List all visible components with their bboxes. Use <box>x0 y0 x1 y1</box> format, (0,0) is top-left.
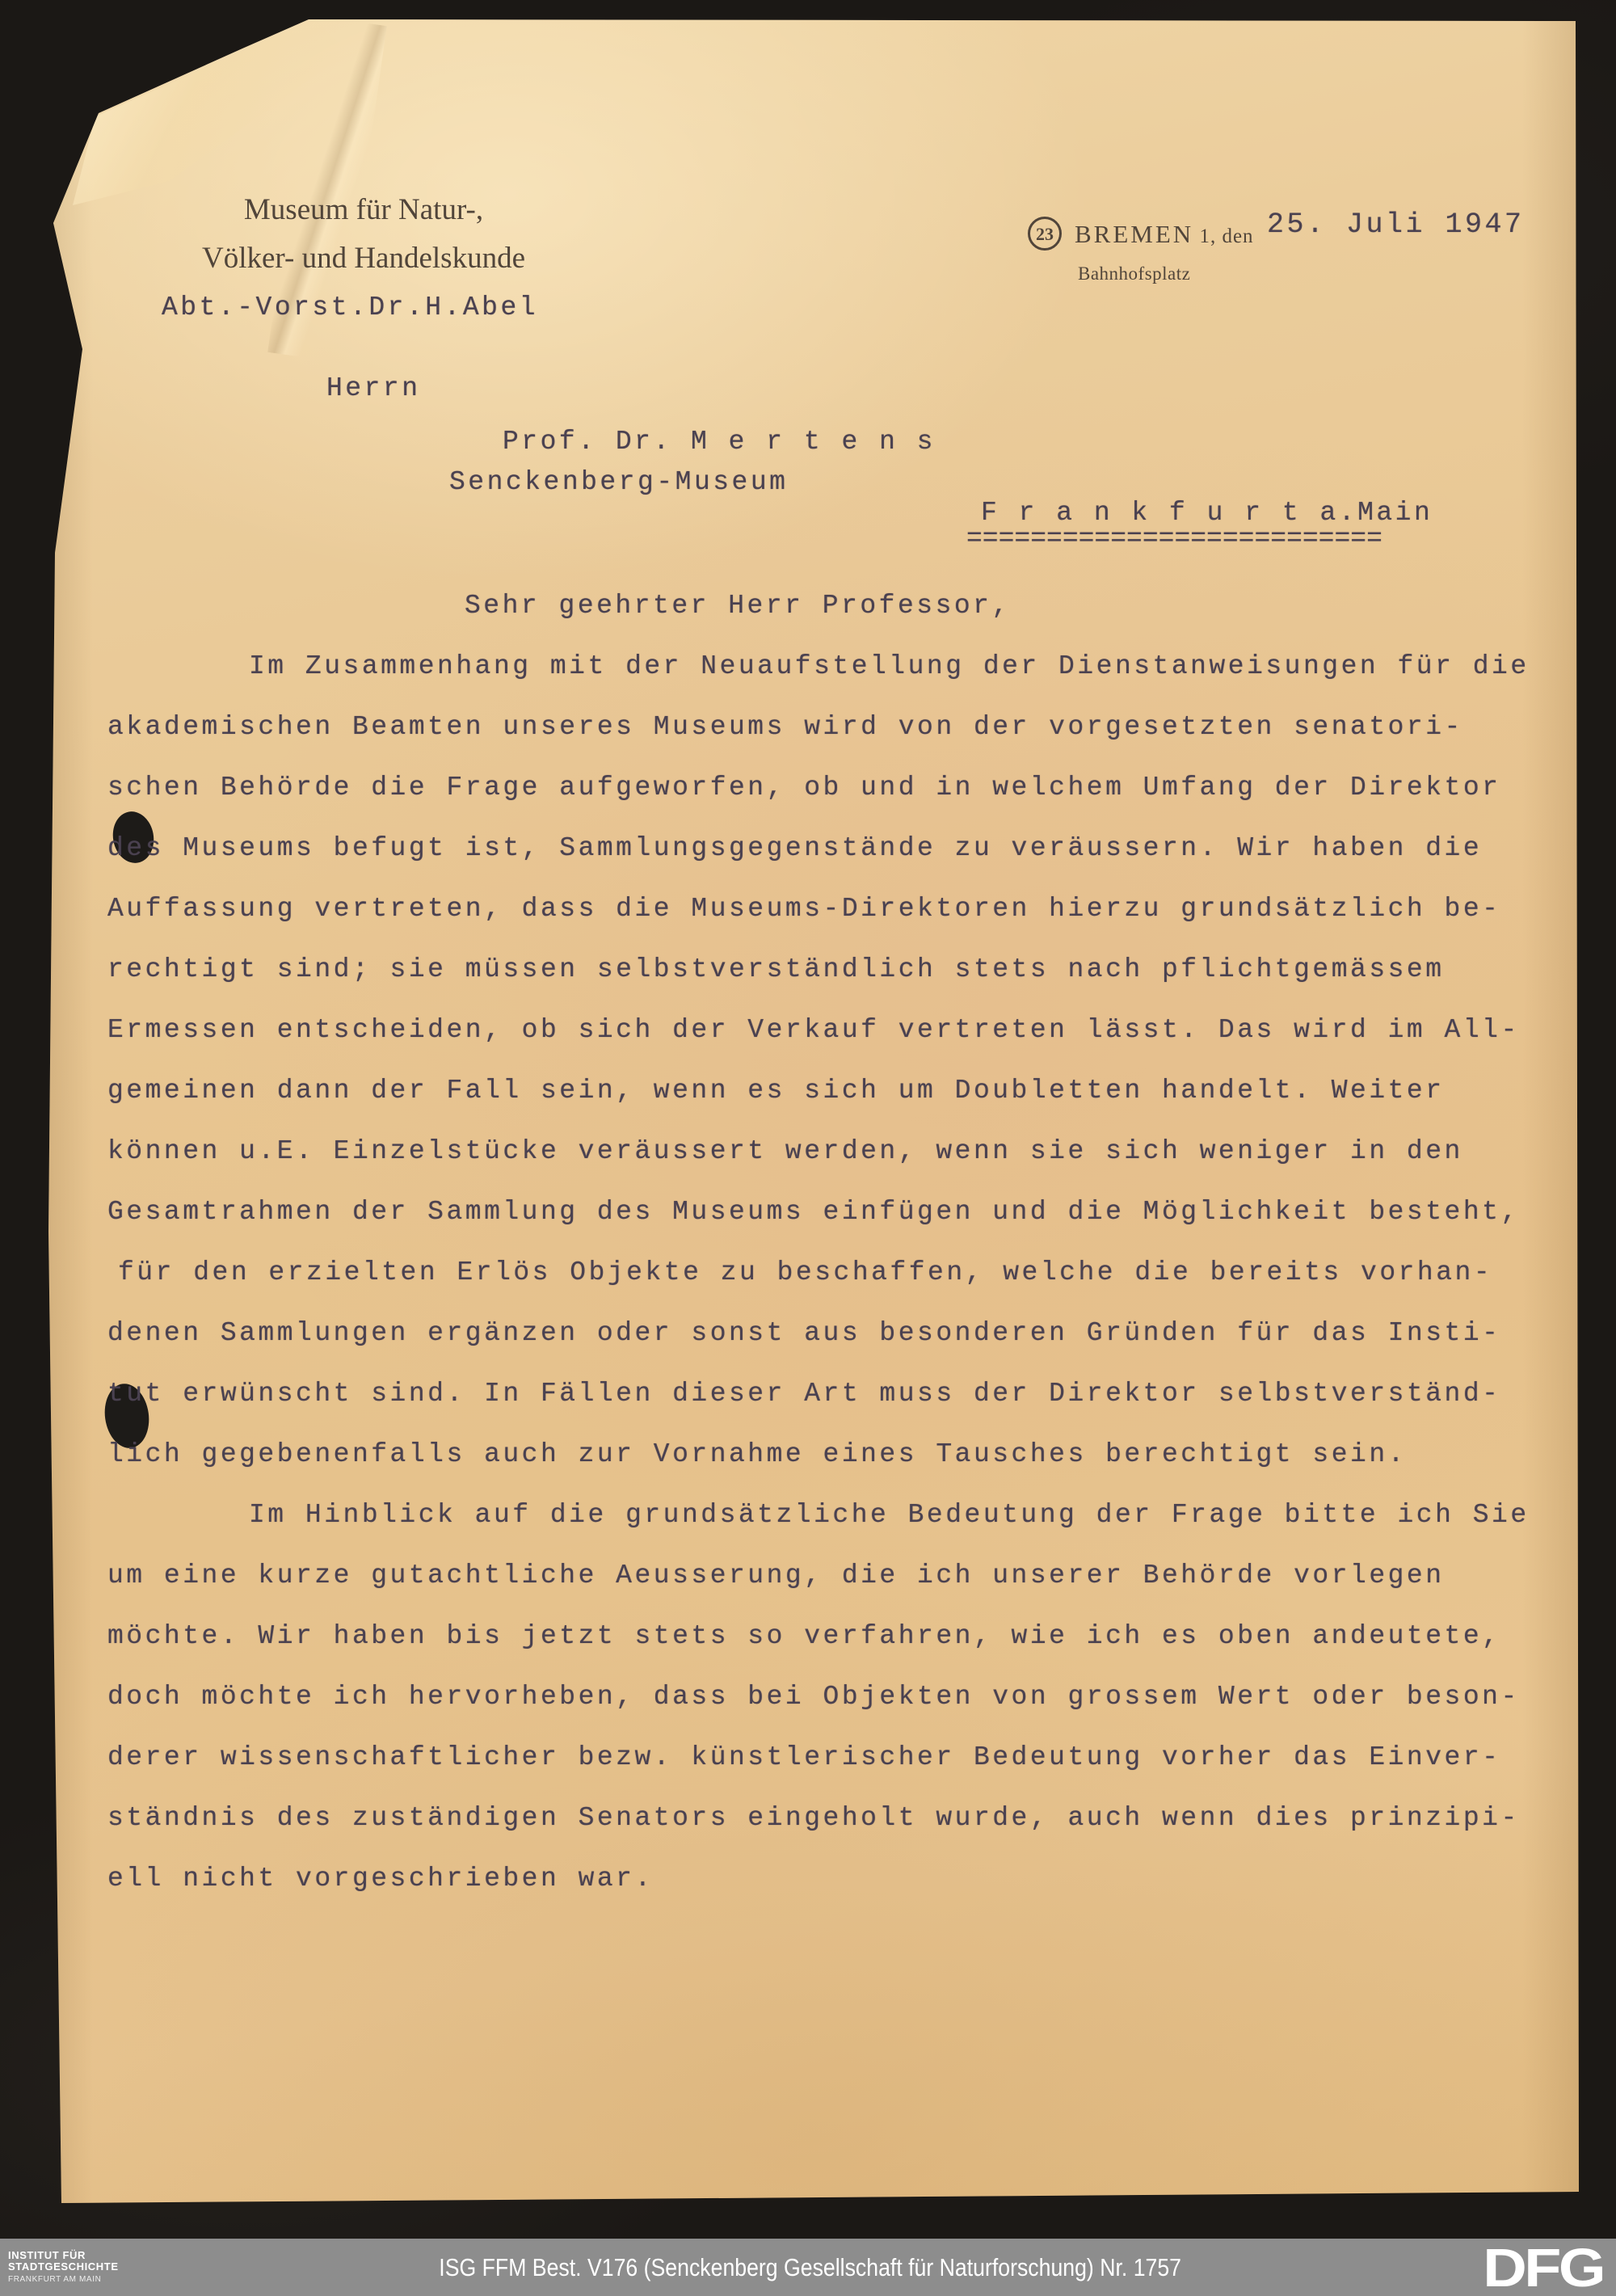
postal-zone-circle: 23 <box>1028 217 1062 251</box>
body-line: Auffassung vertreten, dass die Museums-D… <box>107 878 1530 939</box>
body-line: Im Hinblick auf die grundsätzliche Bedeu… <box>249 1485 1530 1545</box>
scanned-letter-page: Museum für Natur-, Völker- und Handelsku… <box>0 0 1616 2296</box>
body-line: tut erwünscht sind. In Fällen dieser Art… <box>107 1363 1530 1424</box>
body-line: können u.E. Einzelstücke veräussert werd… <box>107 1121 1530 1182</box>
body-line: gemeinen dann der Fall sein, wenn es sic… <box>107 1060 1530 1121</box>
dfg-logo: DFG <box>1483 2236 1603 2296</box>
salutation: Sehr geehrter Herr Professor, <box>465 575 1530 636</box>
recipient-city-underline: ========================== <box>966 524 1382 554</box>
archive-footer-bar: INSTITUT FÜR STADTGESCHICHTE FRANKFURT A… <box>0 2239 1616 2296</box>
body-line: akademischen Beamten unseres Museums wir… <box>107 697 1530 757</box>
body-line: ell nicht vorgeschrieben war. <box>107 1848 1530 1909</box>
body-line: für den erzielten Erlös Objekte zu besch… <box>118 1242 1530 1303</box>
department-line: Abt.-Vorst.Dr.H.Abel <box>162 293 538 322</box>
body-line: Im Zusammenhang mit der Neuaufstellung d… <box>249 636 1530 697</box>
body-line: lich gegebenenfalls auch zur Vornahme ei… <box>107 1424 1530 1485</box>
body-line: möchte. Wir haben bis jetzt stets so ver… <box>107 1606 1530 1666</box>
institute-name-line3: FRANKFURT AM MAIN <box>8 2274 119 2285</box>
city-suffix: 1, den <box>1193 225 1253 247</box>
body-line: doch möchte ich hervorheben, dass bei Ob… <box>107 1666 1530 1727</box>
body-line: derer wissenschaftlicher bezw. künstleri… <box>107 1727 1530 1788</box>
archive-reference: ISG FFM Best. V176 (Senckenberg Gesellsc… <box>215 2253 1404 2282</box>
recipient-institution: Senckenberg-Museum <box>449 467 788 497</box>
body-line: rechtigt sind; sie müssen selbstverständ… <box>107 939 1530 1000</box>
typed-date: 25. Juli 1947 <box>1267 209 1525 241</box>
institute-name-line2: STADTGESCHICHTE <box>8 2261 119 2273</box>
recipient-prefix: Herrn <box>326 373 421 403</box>
letter-body: Sehr geehrter Herr Professor, Im Zusamme… <box>107 575 1530 1909</box>
street-line: Bahnhofsplatz <box>1078 263 1190 284</box>
city-dateline: BREMEN 1, den <box>1075 220 1254 249</box>
body-line: schen Behörde die Frage aufgeworfen, ob … <box>107 757 1530 818</box>
body-line: Gesamtrahmen der Sammlung des Museums ei… <box>107 1182 1530 1242</box>
body-line: um eine kurze gutachtliche Aeusserung, d… <box>107 1545 1530 1606</box>
letterhead: Museum für Natur-, Völker- und Handelsku… <box>194 186 533 283</box>
recipient-name: Prof. Dr. M e r t e n s <box>503 427 936 457</box>
body-line: ständnis des zuständigen Senators eingeh… <box>107 1788 1530 1848</box>
body-line: Ermessen entscheiden, ob sich der Verkau… <box>107 1000 1530 1060</box>
institute-name-line1: INSTITUT FÜR <box>8 2250 119 2261</box>
letterhead-line1: Museum für Natur-, <box>194 186 533 234</box>
letterhead-line2: Völker- und Handelskunde <box>194 234 533 283</box>
institute-logo: INSTITUT FÜR STADTGESCHICHTE FRANKFURT A… <box>8 2250 119 2285</box>
city-name: BREMEN <box>1075 220 1193 248</box>
body-line: denen Sammlungen ergänzen oder sonst aus… <box>107 1303 1530 1363</box>
body-line: des Museums befugt ist, Sammlungsgegenst… <box>107 818 1530 878</box>
postal-zone-number: 23 <box>1036 224 1054 244</box>
